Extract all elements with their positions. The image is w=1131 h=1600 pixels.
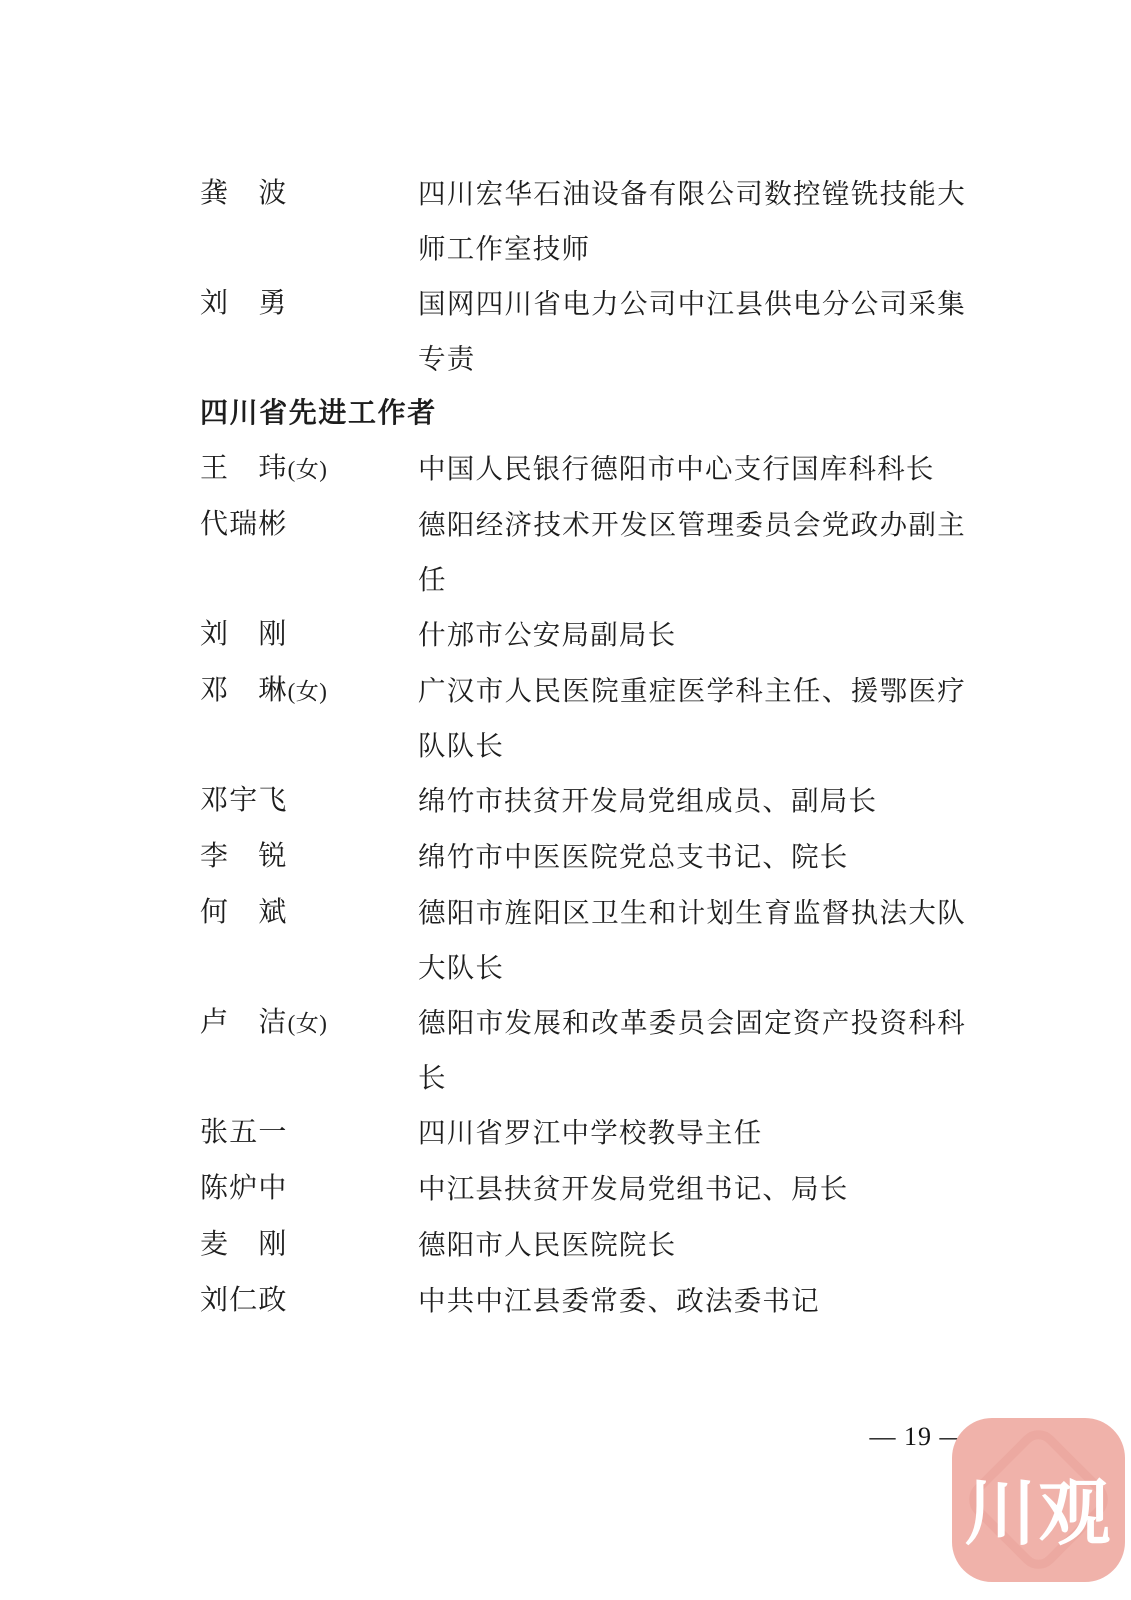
list-item: 邓宇飞 绵竹市扶贫开发局党组成员、副局长 [200, 773, 968, 829]
person-title: 德阳经济技术开发区管理委员会党政办副主任 [418, 497, 966, 607]
person-name: 邓 琳(女) [200, 663, 418, 719]
person-title: 广汉市人民医院重症医学科主任、援鄂医疗队队长 [418, 663, 966, 773]
chuanguan-logo: 川观 [952, 1418, 1125, 1582]
person-name: 何 斌 [200, 885, 418, 941]
person-title: 中江县扶贫开发局党组书记、局长 [418, 1161, 966, 1216]
person-title: 国网四川省电力公司中江县供电分公司采集专责 [418, 276, 966, 386]
person-name-text: 卢 洁 [200, 1007, 288, 1038]
list-item: 何 斌 德阳市旌阳区卫生和计划生育监督执法大队大队长 [200, 885, 968, 995]
person-title: 德阳市旌阳区卫生和计划生育监督执法大队大队长 [418, 885, 966, 995]
person-title: 四川宏华石油设备有限公司数控镗铣技能大师工作室技师 [418, 166, 966, 276]
person-name: 刘仁政 [200, 1273, 418, 1329]
person-title: 绵竹市扶贫开发局党组成员、副局长 [418, 773, 966, 828]
list-item: 龚 波 四川宏华石油设备有限公司数控镗铣技能大师工作室技师 [200, 166, 968, 276]
person-name: 龚 波 [200, 166, 418, 222]
person-name: 邓宇飞 [200, 773, 418, 829]
person-name-text: 邓宇飞 [200, 785, 288, 816]
list-item: 王 玮(女) 中国人民银行德阳市中心支行国库科科长 [200, 441, 968, 497]
award-list: 龚 波 四川宏华石油设备有限公司数控镗铣技能大师工作室技师 刘 勇 国网四川省电… [200, 166, 968, 1329]
person-title: 绵竹市中医医院党总支书记、院长 [418, 829, 966, 884]
list-item: 邓 琳(女) 广汉市人民医院重症医学科主任、援鄂医疗队队长 [200, 663, 968, 773]
list-item: 代瑞彬 德阳经济技术开发区管理委员会党政办副主任 [200, 497, 968, 607]
person-name: 麦 刚 [200, 1217, 418, 1273]
person-name-text: 张五一 [200, 1117, 288, 1148]
person-name: 王 玮(女) [200, 441, 418, 497]
list-item: 张五一 四川省罗江中学校教导主任 [200, 1105, 968, 1161]
person-name-text: 麦 刚 [200, 1229, 288, 1260]
section-header: 四川省先进工作者 [200, 386, 968, 441]
person-name-text: 李 锐 [200, 841, 288, 872]
person-name-text: 龚 波 [200, 178, 288, 209]
person-name-text: 代瑞彬 [200, 509, 288, 540]
list-item: 卢 洁(女) 德阳市发展和改革委员会固定资产投资科科长 [200, 995, 968, 1105]
logo-text: 川观 [964, 1441, 1112, 1559]
list-item: 刘 刚 什邡市公安局副局长 [200, 607, 968, 663]
person-title: 中国人民银行德阳市中心支行国库科科长 [418, 441, 966, 496]
person-name: 陈炉中 [200, 1161, 418, 1217]
person-title: 什邡市公安局副局长 [418, 607, 966, 662]
person-name-text: 陈炉中 [200, 1173, 288, 1204]
person-name-text: 邓 琳 [200, 675, 288, 706]
list-item: 李 锐 绵竹市中医医院党总支书记、院长 [200, 829, 968, 885]
gender-suffix: (女) [288, 457, 328, 482]
person-name-text: 刘 勇 [200, 288, 288, 319]
person-name-text: 刘仁政 [200, 1285, 288, 1316]
person-title: 德阳市人民医院院长 [418, 1217, 966, 1272]
person-name: 李 锐 [200, 829, 418, 885]
list-item: 陈炉中 中江县扶贫开发局党组书记、局长 [200, 1161, 968, 1217]
person-name-text: 刘 刚 [200, 619, 288, 650]
person-name: 张五一 [200, 1105, 418, 1161]
gender-suffix: (女) [288, 1011, 328, 1036]
person-title: 四川省罗江中学校教导主任 [418, 1105, 966, 1160]
list-item: 刘仁政 中共中江县委常委、政法委书记 [200, 1273, 968, 1329]
person-name-text: 何 斌 [200, 897, 288, 928]
list-item: 刘 勇 国网四川省电力公司中江县供电分公司采集专责 [200, 276, 968, 386]
person-name: 刘 刚 [200, 607, 418, 663]
person-name: 代瑞彬 [200, 497, 418, 553]
gender-suffix: (女) [288, 679, 328, 704]
person-name: 卢 洁(女) [200, 995, 418, 1051]
person-title: 德阳市发展和改革委员会固定资产投资科科长 [418, 995, 966, 1105]
person-title: 中共中江县委常委、政法委书记 [418, 1273, 966, 1328]
list-item: 麦 刚 德阳市人民医院院长 [200, 1217, 968, 1273]
person-name-text: 王 玮 [200, 453, 288, 484]
person-name: 刘 勇 [200, 276, 418, 332]
